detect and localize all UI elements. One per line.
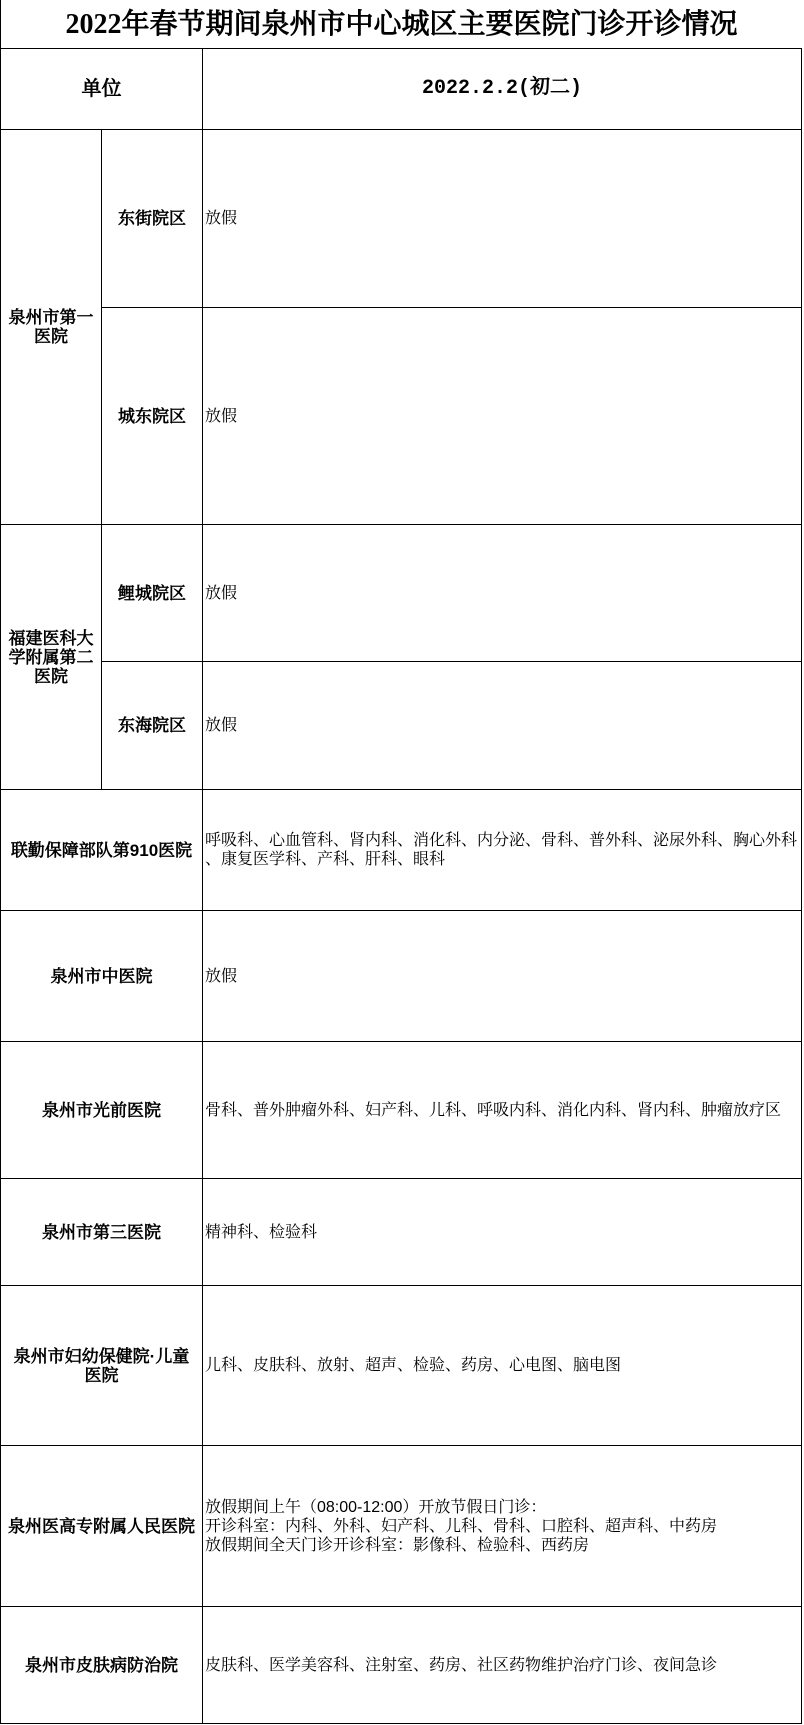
hospital-name: 联勤保障部队第910医院 xyxy=(11,841,192,860)
campus-name-cell: 鲤城院区 xyxy=(102,525,203,662)
clinic-status: 放假 xyxy=(205,209,799,228)
clinic-status: 骨科、普外肿瘤外科、妇产科、儿科、呼吸内科、消化内科、肾内科、肿瘤放疗区 xyxy=(205,1101,799,1120)
campus-name-cell: 城东院区 xyxy=(102,308,203,525)
clinic-status-cell: 骨科、普外肿瘤外科、妇产科、儿科、呼吸内科、消化内科、肾内科、肿瘤放疗区 xyxy=(203,1042,802,1179)
clinic-status-line: 放假期间上午（08:00-12:00）开放节假日门诊： xyxy=(205,1498,799,1517)
header-unit-label: 单位 xyxy=(82,77,122,101)
clinic-status-cell: 放假 xyxy=(203,911,802,1042)
clinic-status: 儿科、皮肤科、放射、超声、检验、药房、心电图、脑电图 xyxy=(205,1356,799,1375)
campus-name: 东海院区 xyxy=(118,716,186,735)
campus-name: 城东院区 xyxy=(118,407,186,426)
hospital-name-cell: 泉州市中医院 xyxy=(1,911,203,1042)
clinic-status: 放假期间上午（08:00-12:00）开放节假日门诊： 开诊科室：内科、外科、妇… xyxy=(205,1498,799,1555)
hospital-name-cell: 泉州市妇幼保健院·儿童医院 xyxy=(1,1286,203,1446)
campus-name: 鲤城院区 xyxy=(118,584,186,603)
clinic-status-line: 开诊科室：内科、外科、妇产科、儿科、骨科、口腔科、超声科、中药房 xyxy=(205,1517,799,1536)
clinic-status-cell: 放假 xyxy=(203,525,802,662)
hospital-name: 泉州市皮肤病防治院 xyxy=(25,1656,178,1675)
campus-name-cell: 东街院区 xyxy=(102,130,203,308)
clinic-schedule-table: 单位 2022.2.2(初二) 泉州市第一医院 东街院区 放假 城东院区 放假 … xyxy=(0,48,802,1724)
hospital-name-cell: 泉州市皮肤病防治院 xyxy=(1,1607,203,1724)
clinic-status: 放假 xyxy=(205,716,799,735)
hospital-name: 泉州市第三医院 xyxy=(42,1223,161,1242)
hospital-name: 泉州医高专附属人民医院 xyxy=(8,1517,195,1536)
clinic-status-cell: 儿科、皮肤科、放射、超声、检验、药房、心电图、脑电图 xyxy=(203,1286,802,1446)
header-date: 2022.2.2(初二) xyxy=(203,49,802,130)
hospital-name-cell: 泉州市第三医院 xyxy=(1,1179,203,1286)
clinic-status: 放假 xyxy=(205,407,799,426)
hospital-name: 泉州市中医院 xyxy=(51,967,153,986)
header-unit: 单位 xyxy=(1,49,203,130)
hospital-name: 泉州市妇幼保健院·儿童医院 xyxy=(6,1347,196,1385)
hospital-name: 福建医科大学附属第二医院 xyxy=(5,629,97,686)
clinic-status: 精神科、检验科 xyxy=(205,1223,799,1242)
clinic-status: 皮肤科、医学美容科、注射室、药房、社区药物维护治疗门诊、夜间急诊 xyxy=(205,1656,799,1675)
campus-name-cell: 东海院区 xyxy=(102,662,203,790)
hospital-name: 泉州市第一医院 xyxy=(5,308,97,346)
clinic-status-cell: 放假 xyxy=(203,308,802,525)
clinic-status-cell: 放假期间上午（08:00-12:00）开放节假日门诊： 开诊科室：内科、外科、妇… xyxy=(203,1446,802,1607)
campus-name: 东街院区 xyxy=(118,209,186,228)
clinic-status-cell: 放假 xyxy=(203,662,802,790)
hospital-name-cell: 泉州市第一医院 xyxy=(1,130,102,525)
clinic-status: 放假 xyxy=(205,967,799,986)
hospital-name-cell: 泉州医高专附属人民医院 xyxy=(1,1446,203,1607)
header-date-label: 2022.2.2(初二) xyxy=(422,77,582,101)
clinic-status-cell: 放假 xyxy=(203,130,802,308)
clinic-schedule-page: 2022年春节期间泉州市中心城区主要医院门诊开诊情况 单位 2022.2.2(初… xyxy=(0,0,804,1725)
hospital-name-cell: 福建医科大学附属第二医院 xyxy=(1,525,102,790)
hospital-name-cell: 联勤保障部队第910医院 xyxy=(1,790,203,911)
page-title: 2022年春节期间泉州市中心城区主要医院门诊开诊情况 xyxy=(0,0,802,48)
clinic-status-line: 放假期间全天门诊开诊科室：影像科、检验科、西药房 xyxy=(205,1536,799,1555)
clinic-status-cell: 精神科、检验科 xyxy=(203,1179,802,1286)
clinic-status-cell: 呼吸科、心血管科、肾内科、消化科、内分泌、骨科、普外科、泌尿外科、胸心外科、康复… xyxy=(203,790,802,911)
clinic-status: 放假 xyxy=(205,584,799,603)
clinic-status-cell: 皮肤科、医学美容科、注射室、药房、社区药物维护治疗门诊、夜间急诊 xyxy=(203,1607,802,1724)
hospital-name-cell: 泉州市光前医院 xyxy=(1,1042,203,1179)
hospital-name: 泉州市光前医院 xyxy=(42,1101,161,1120)
clinic-status: 呼吸科、心血管科、肾内科、消化科、内分泌、骨科、普外科、泌尿外科、胸心外科、康复… xyxy=(205,831,799,869)
